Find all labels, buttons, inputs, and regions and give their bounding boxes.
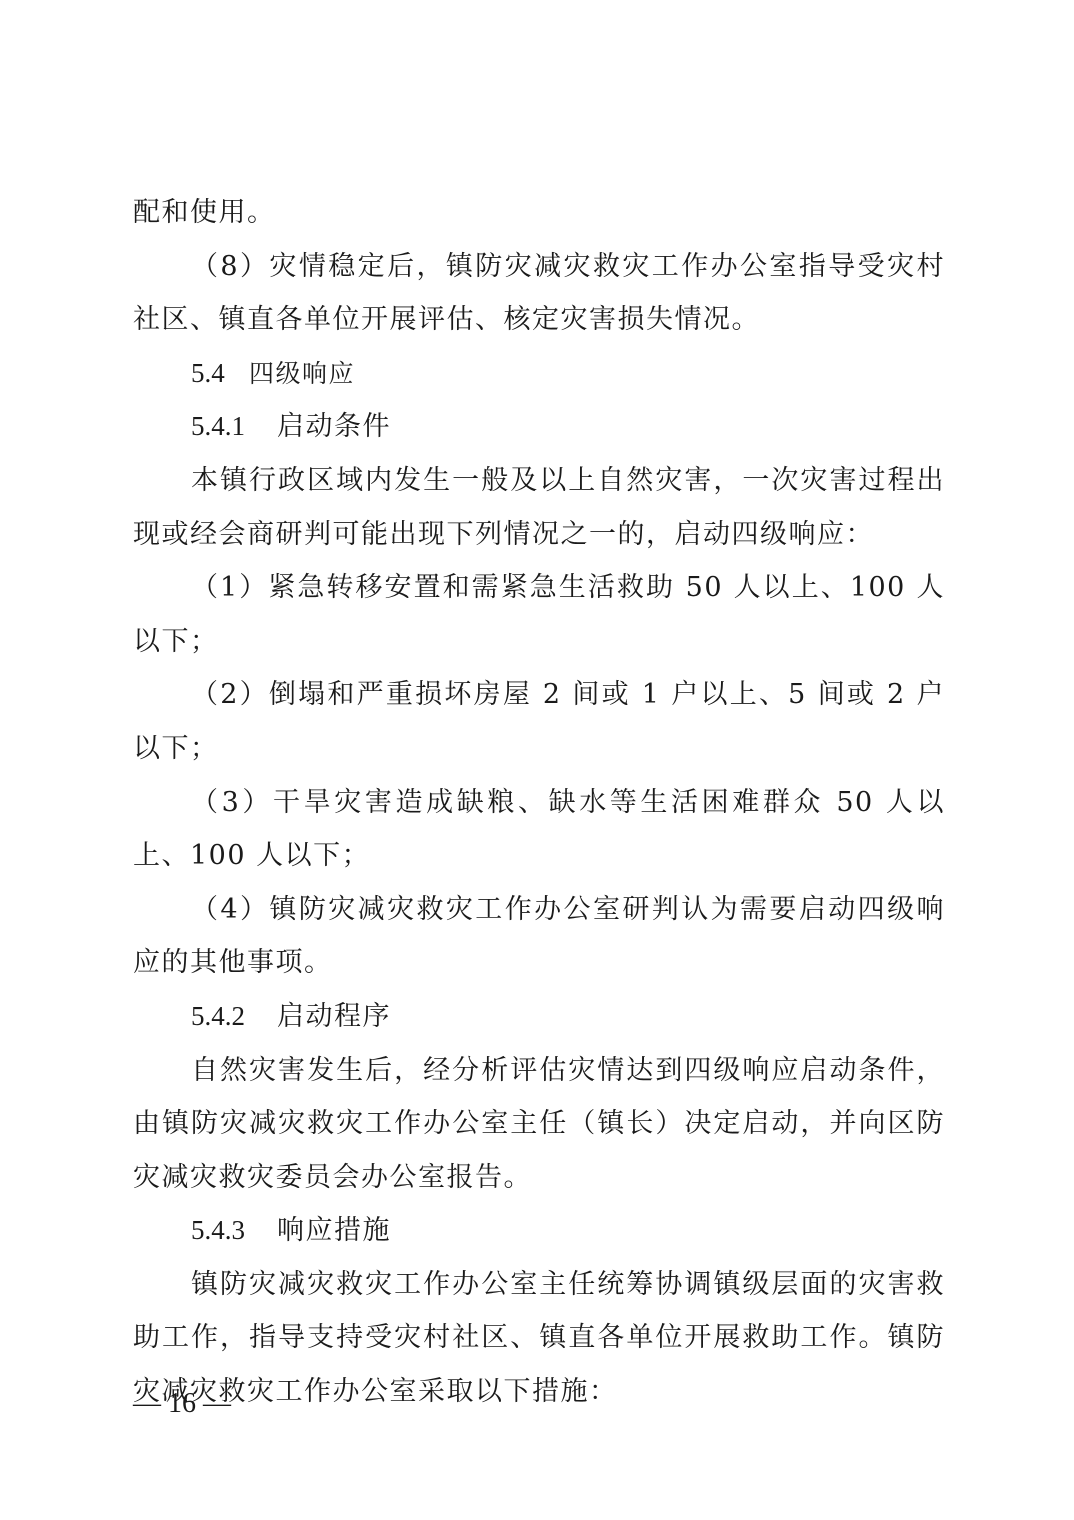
paragraph-continuation: 配和使用。 bbox=[133, 186, 945, 240]
paragraph-condition-2: （2）倒塌和严重损坏房屋 2 间或 1 户以上、5 间或 2 户以下； bbox=[133, 668, 945, 775]
paragraph-condition-4: （4）镇防灾减灾救灾工作办公室研判认为需要启动四级响应的其他事项。 bbox=[133, 883, 945, 990]
section-title: 四级响应 bbox=[249, 359, 355, 388]
paragraph-start-procedure: 自然灾害发生后，经分析评估灾情达到四级响应启动条件，由镇防灾减灾救灾工作办公室主… bbox=[133, 1044, 945, 1205]
section-number: 5.4.2 bbox=[191, 990, 277, 1044]
paragraph-response-measures: 镇防灾减灾救灾工作办公室主任统筹协调镇级层面的灾害救助工作，指导支持受灾村社区、… bbox=[133, 1258, 945, 1419]
paragraph-start-conditions: 本镇行政区域内发生一般及以上自然灾害，一次灾害过程出现或经会商研判可能出现下列情… bbox=[133, 454, 945, 561]
page-number: — 16 — bbox=[133, 1388, 231, 1420]
section-heading-5-4-1: 5.4.1启动条件 bbox=[133, 400, 945, 454]
paragraph-condition-3: （3）干旱灾害造成缺粮、缺水等生活困难群众 50 人以上、100 人以下； bbox=[133, 776, 945, 883]
section-heading-5-4: 5.4四级响应 bbox=[133, 347, 945, 401]
document-page: 配和使用。 （8）灾情稳定后，镇防灾减灾救灾工作办公室指导受灾村社区、镇直各单位… bbox=[133, 186, 945, 1419]
paragraph-condition-1: （1）紧急转移安置和需紧急生活救助 50 人以上、100 人以下； bbox=[133, 561, 945, 668]
section-title: 响应措施 bbox=[277, 1215, 391, 1246]
section-title: 启动条件 bbox=[277, 411, 391, 442]
section-number: 5.4.1 bbox=[191, 400, 277, 454]
section-heading-5-4-2: 5.4.2启动程序 bbox=[133, 990, 945, 1044]
section-heading-5-4-3: 5.4.3响应措施 bbox=[133, 1204, 945, 1258]
paragraph-item-8: （8）灾情稳定后，镇防灾减灾救灾工作办公室指导受灾村社区、镇直各单位开展评估、核… bbox=[133, 240, 945, 347]
section-number: 5.4 bbox=[191, 347, 249, 401]
section-title: 启动程序 bbox=[277, 1001, 391, 1032]
section-number: 5.4.3 bbox=[191, 1204, 277, 1258]
